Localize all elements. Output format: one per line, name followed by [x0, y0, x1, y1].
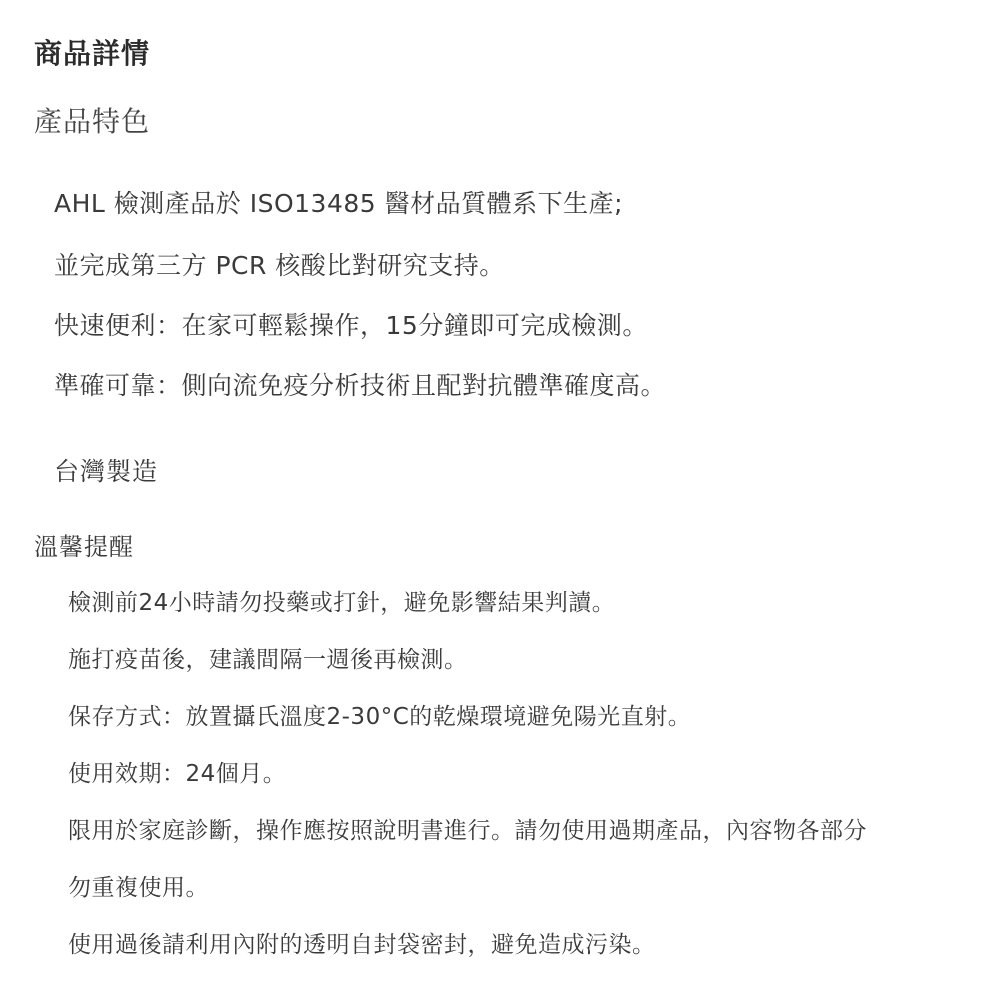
- origin-label: 台灣製造: [54, 452, 158, 488]
- reminder-item: 施打疫苗後，建議間隔一週後再檢測。: [68, 641, 468, 674]
- feature-item: 準確可靠：側向流免疫分析技術且配對抗體準確度高。: [54, 366, 666, 402]
- reminder-item: 使用效期：24個月。: [68, 755, 286, 788]
- feature-item: 快速便利：在家可輕鬆操作，15分鐘即可完成檢測。: [54, 306, 648, 342]
- reminder-item: 檢測前24小時請勿投藥或打針，避免影響結果判讀。: [68, 584, 615, 617]
- reminder-item: 限用於家庭診斷，操作應按照說明書進行。請勿使用過期產品，內容物各部分: [68, 812, 867, 845]
- reminder-item: 保存方式：放置攝氏溫度2-30°C的乾燥環境避免陽光直射。: [68, 698, 691, 731]
- reminder-item: 使用過後請利用內附的透明自封袋密封，避免造成污染。: [68, 926, 656, 959]
- reminder-item: 勿重複使用。: [68, 869, 209, 902]
- reminders-heading: 溫馨提醒: [34, 527, 134, 562]
- feature-item: AHL 檢測產品於 ISO13485 醫材品質體系下生產;: [54, 184, 623, 220]
- feature-item: 並完成第三方 PCR 核酸比對研究支持。: [54, 246, 505, 282]
- page-title: 商品詳情: [34, 32, 150, 72]
- features-heading: 產品特色: [34, 100, 150, 140]
